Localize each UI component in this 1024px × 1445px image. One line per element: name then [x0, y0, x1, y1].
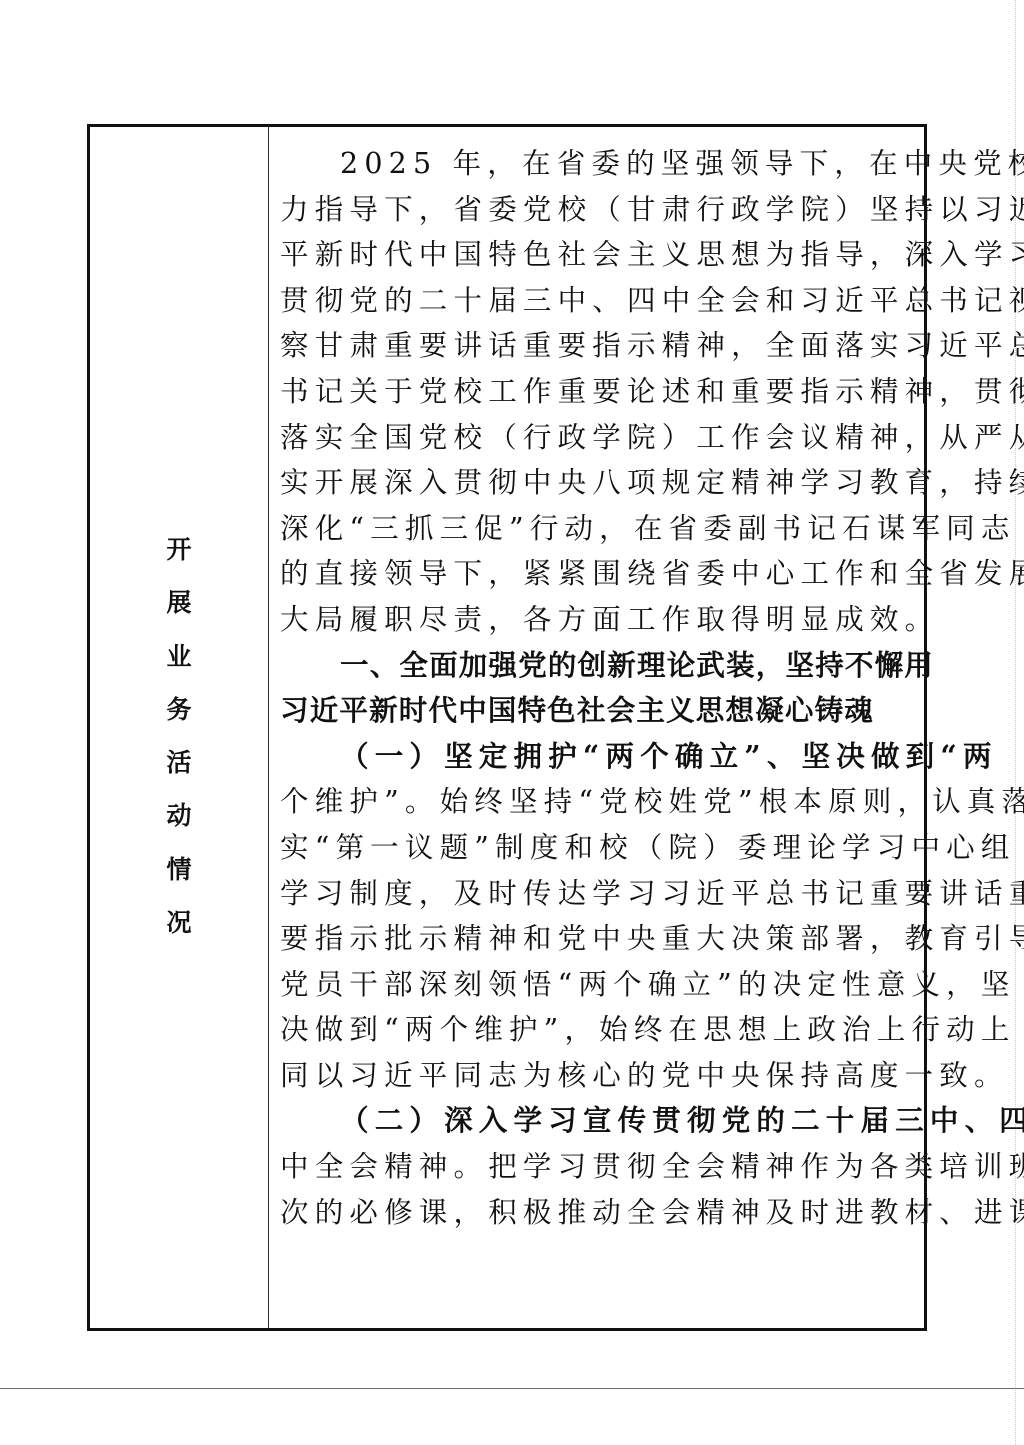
subsection-heading-1: （一）坚定拥护“两个确立”、坚决做到“两: [280, 734, 920, 780]
body-line: 学习制度，及时传达学习习近平总书记重要讲话重: [280, 871, 920, 917]
label-char: 况: [166, 896, 191, 949]
section-heading-1-cont: 习近平新时代中国特色社会主义思想凝心铸魂: [280, 688, 920, 734]
body-line: 落实全国党校（行政学院）工作会议精神，从严从: [280, 415, 920, 461]
body-line: 大局履职尽责，各方面工作取得明显成效。: [280, 597, 920, 643]
body-line: 实“第一议题”制度和校（院）委理论学习中心组: [280, 825, 920, 871]
body-line: 实开展深入贯彻中央八项规定精神学习教育，持续: [280, 460, 920, 506]
label-char: 开: [166, 523, 191, 576]
label-char: 情: [166, 843, 191, 896]
body-line: 同以习近平同志为核心的党中央保持高度一致。: [280, 1053, 920, 1099]
page-bottom-rule: [0, 1388, 1024, 1389]
column-divider: [268, 127, 269, 1328]
activity-report-table: 开 展 业 务 活 动 情 况 2025 年，在省委的坚强领导下，在中央党校有 …: [87, 124, 927, 1331]
body-line: 平新时代中国特色社会主义思想为指导，深入学习: [280, 232, 920, 278]
body-line-intro: 2025 年，在省委的坚强领导下，在中央党校有: [280, 141, 920, 187]
section-heading-1: 一、全面加强党的创新理论武装，坚持不懈用: [280, 643, 920, 689]
label-char: 动: [166, 789, 191, 842]
body-line: 要指示批示精神和党中央重大决策部署，教育引导: [280, 916, 920, 962]
label-vertical-text: 开 展 业 务 活 动 情 况: [90, 523, 268, 949]
label-char: 展: [166, 576, 191, 629]
body-line: 中全会精神。把学习贯彻全会精神作为各类培训班: [280, 1144, 920, 1190]
content-cell: 2025 年，在省委的坚强领导下，在中央党校有 力指导下，省委党校（甘肃行政学院…: [280, 141, 920, 1235]
body-line: 察甘肃重要讲话重要指示精神，全面落实习近平总: [280, 323, 920, 369]
body-line: 力指导下，省委党校（甘肃行政学院）坚持以习近: [280, 187, 920, 233]
subsection-heading-2: （二）深入学习宣传贯彻党的二十届三中、四: [280, 1098, 920, 1144]
body-line: 决做到“两个维护”，始终在思想上政治上行动上: [280, 1007, 920, 1053]
body-line: 党员干部深刻领悟“两个确立”的决定性意义，坚: [280, 962, 920, 1008]
label-char: 务: [166, 683, 191, 736]
label-char: 业: [166, 630, 191, 683]
body-line: 次的必修课，积极推动全会精神及时进教材、进课: [280, 1190, 920, 1236]
body-line: 的直接领导下，紧紧围绕省委中心工作和全省发展: [280, 551, 920, 597]
body-line: 贯彻党的二十届三中、四中全会和习近平总书记视: [280, 278, 920, 324]
body-line: 个维护”。始终坚持“党校姓党”根本原则，认真落: [280, 779, 920, 825]
body-line: 书记关于党校工作重要论述和重要指示精神，贯彻: [280, 369, 920, 415]
body-line: 深化“三抓三促”行动，在省委副书记石谋军同志: [280, 506, 920, 552]
label-char: 活: [166, 736, 191, 789]
label-cell: 开 展 业 务 活 动 情 况: [90, 127, 268, 1328]
